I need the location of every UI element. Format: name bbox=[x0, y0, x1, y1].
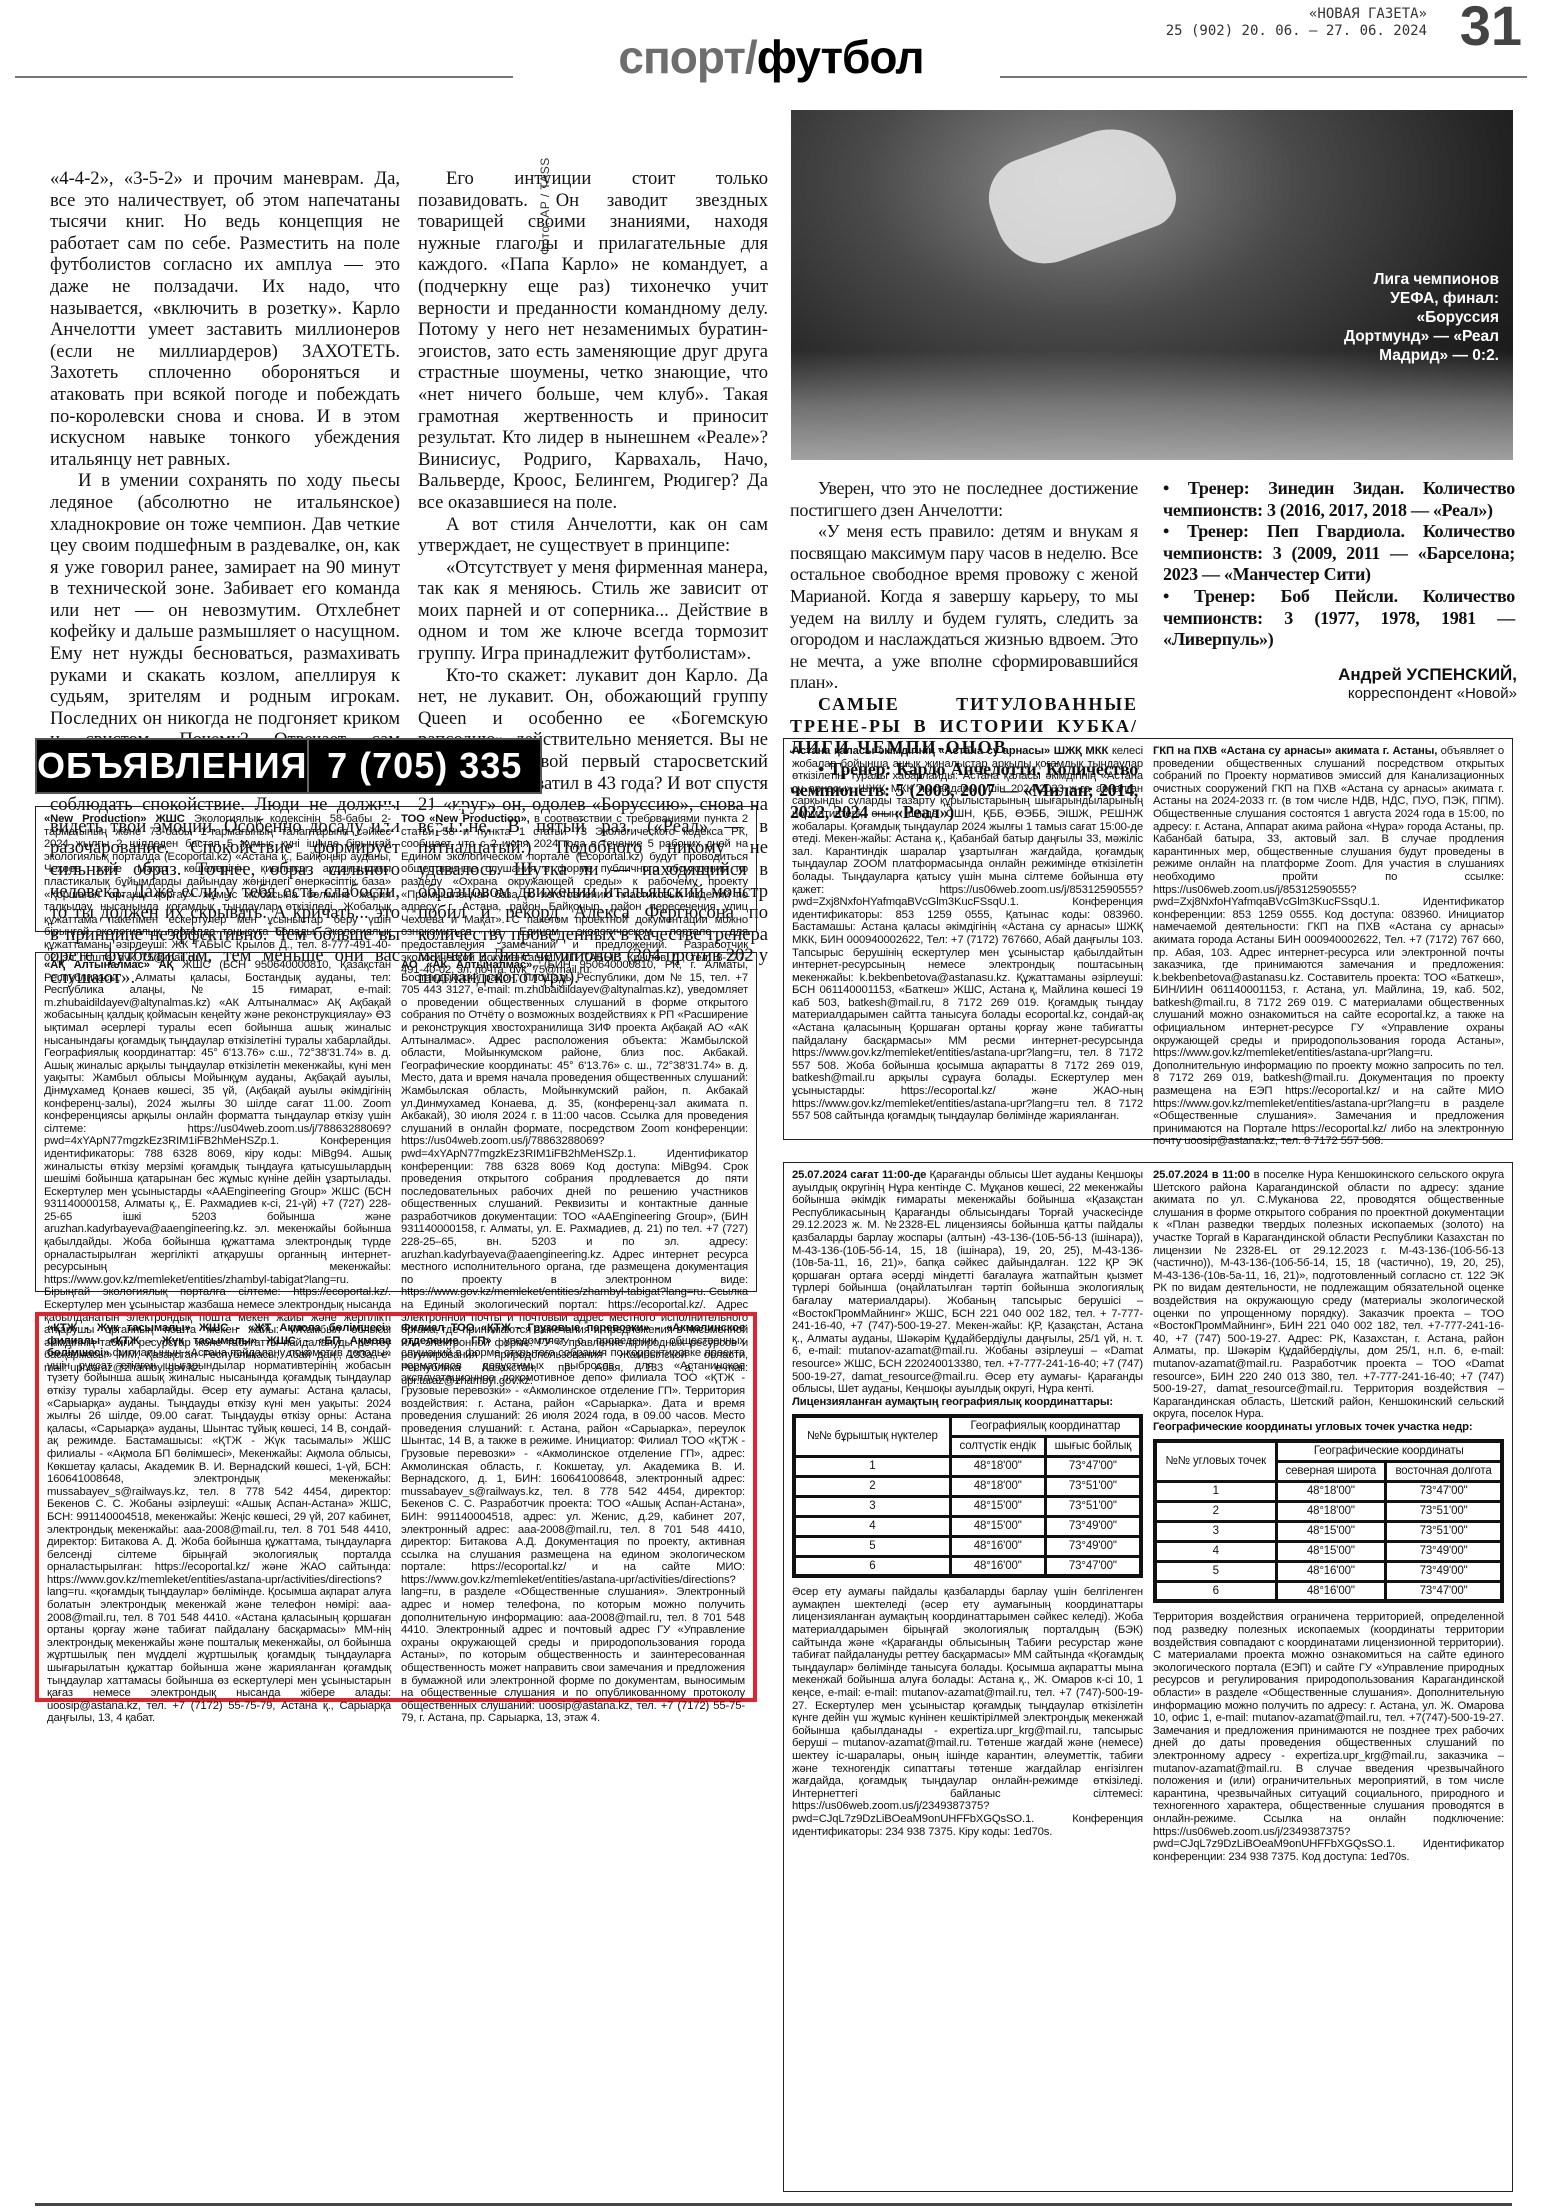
table-row: 148°18'00"73°47'00" bbox=[1155, 1481, 1502, 1501]
photo-credit: Фото: AP / TASS bbox=[538, 157, 552, 255]
table-row: 548°16'00"73°49'00" bbox=[794, 1536, 1141, 1556]
photo-caption: Лига чемпионов УЕФА, финал: «Боруссия До… bbox=[1329, 270, 1499, 365]
ad-text-kz: «АҚ Алтыналмас» АҚ ЖШС (БСН 950640000810… bbox=[44, 959, 391, 1285]
table-row: 448°15'00"73°49'00" bbox=[794, 1516, 1141, 1536]
ad-text-ru: АО «АК Алтыналмас», (БИН 950640000810, Р… bbox=[401, 959, 748, 1285]
table-row: 648°16'00"73°47'00" bbox=[1155, 1581, 1502, 1601]
article-photo: Лига чемпионов УЕФА, финал: «Боруссия До… bbox=[791, 110, 1513, 460]
coach-list-item: • Тренер: Зинедин Зидан. Количество чемп… bbox=[1163, 478, 1515, 521]
coach-list-item: • Тренер: Боб Пейсли. Количество чемпион… bbox=[1163, 586, 1515, 651]
coordinates-table-kz: №№ бұрыштық нүктелерГеографиялық координ… bbox=[792, 1414, 1143, 1578]
table-row: 148°18'00"73°47'00" bbox=[794, 1456, 1141, 1476]
table-row: 648°16'00"73°47'00" bbox=[794, 1556, 1141, 1576]
quote-paragraph: «Отсутствует у меня фирменная манера, та… bbox=[418, 557, 768, 665]
ad-nura-exploration: 25.07.2024 сағат 11:00-де Қарағанды облы… bbox=[783, 1162, 1513, 2192]
coach-list-item: • Тренер: Пеп Гвардиола. Количество чемп… bbox=[1163, 521, 1515, 586]
ad-text-kz: 25.07.2024 сағат 11:00-де Қарағанды облы… bbox=[792, 1169, 1143, 2185]
ads-title: ОБЪЯВЛЕНИЯ bbox=[37, 740, 309, 792]
paragraph: Уверен, что это не последнее достижение … bbox=[790, 478, 1138, 521]
rubric-sport: спорт/ bbox=[618, 31, 756, 83]
table-row: 348°15'00"73°51'00" bbox=[1155, 1521, 1502, 1541]
ad-text-kz: Астана қаласы әкімдігінің «Астана су арн… bbox=[792, 745, 1143, 1133]
photo-figure bbox=[978, 113, 1185, 278]
paragraph: А вот стиля Анчелотти, как он сам утверж… bbox=[418, 514, 768, 557]
ad-ktzh-highlighted: «ҚТЖ - Жүк тасымалы» ЖШС - «ЖТ Ақмола бө… bbox=[35, 1312, 757, 1702]
rubric-football: футбол bbox=[757, 31, 924, 83]
author-byline: Андрей УСПЕНСКИЙ, корреспондент «Новой» bbox=[1338, 665, 1517, 702]
page-bottom-rule bbox=[35, 2203, 1512, 2206]
photo-crowd bbox=[791, 350, 1513, 460]
ads-banner: ОБЪЯВЛЕНИЯ 7 (705) 335 63 90 bbox=[35, 738, 542, 794]
paper-name: «НОВАЯ ГАЗЕТА» bbox=[1166, 6, 1427, 23]
table-row: 248°18'00"73°51'00" bbox=[794, 1476, 1141, 1496]
ad-text-ru: Филиал ТОО «ҚТЖ - Грузовые перевозки» - … bbox=[401, 1322, 745, 1692]
article-column-4: • Тренер: Зинедин Зидан. Количество чемп… bbox=[1163, 478, 1515, 651]
ad-astana-su-arnasy: Астана қаласы әкімдігінің «Астана су арн… bbox=[783, 738, 1513, 1140]
table-row: 548°16'00"73°49'00" bbox=[1155, 1561, 1502, 1581]
ad-text-ru: ГКП на ПХВ «Астана су арнасы» акимата г.… bbox=[1153, 745, 1504, 1133]
header-rule-right bbox=[1000, 76, 1527, 78]
ad-new-production: «New Production» ЖШС Экологиялық кодексі… bbox=[35, 806, 757, 932]
table-row: 348°15'00"73°51'00" bbox=[794, 1496, 1141, 1516]
paragraph: «4-4-2», «3-5-2» и прочим маневрам. Да, … bbox=[50, 168, 400, 470]
coordinates-table-ru: №№ угловых точекГеографические координат… bbox=[1153, 1439, 1504, 1603]
ads-phone: 7 (705) 335 63 90 bbox=[309, 740, 540, 792]
table-row: 448°15'00"73°49'00" bbox=[1155, 1541, 1502, 1561]
author-name: Андрей УСПЕНСКИЙ, bbox=[1338, 665, 1517, 685]
paragraph: И в умении сохранять по ходу пьесы ледян… bbox=[50, 470, 400, 772]
ad-text-ru: 25.07.2024 в 11:00 в поселке Нура Кеншок… bbox=[1153, 1169, 1504, 2185]
author-role: корреспондент «Новой» bbox=[1338, 685, 1517, 702]
header-rule-left bbox=[15, 76, 513, 78]
ad-text-kz: «New Production» ЖШС Экологиялық кодексі… bbox=[44, 813, 391, 925]
ad-text-kz: «ҚТЖ - Жүк тасымалы» ЖШС - «ЖТ Ақмола бө… bbox=[47, 1322, 391, 1692]
ad-altynalmas: «АҚ Алтыналмас» АҚ ЖШС (БСН 950640000810… bbox=[35, 952, 757, 1292]
table-title: Лицензияланған аумақтың географиялық коо… bbox=[792, 1396, 1113, 1408]
table-row: 248°18'00"73°51'00" bbox=[1155, 1501, 1502, 1521]
ad-text-ru: ТОО «New Production», в соответствии с т… bbox=[401, 813, 748, 925]
table-title: Географические координаты угловых точек … bbox=[1153, 1421, 1472, 1433]
paragraph: Его интуиции стоит только позавидовать. … bbox=[418, 168, 768, 514]
quote-paragraph: «У меня есть правило: детям и внукам я п… bbox=[790, 521, 1138, 694]
